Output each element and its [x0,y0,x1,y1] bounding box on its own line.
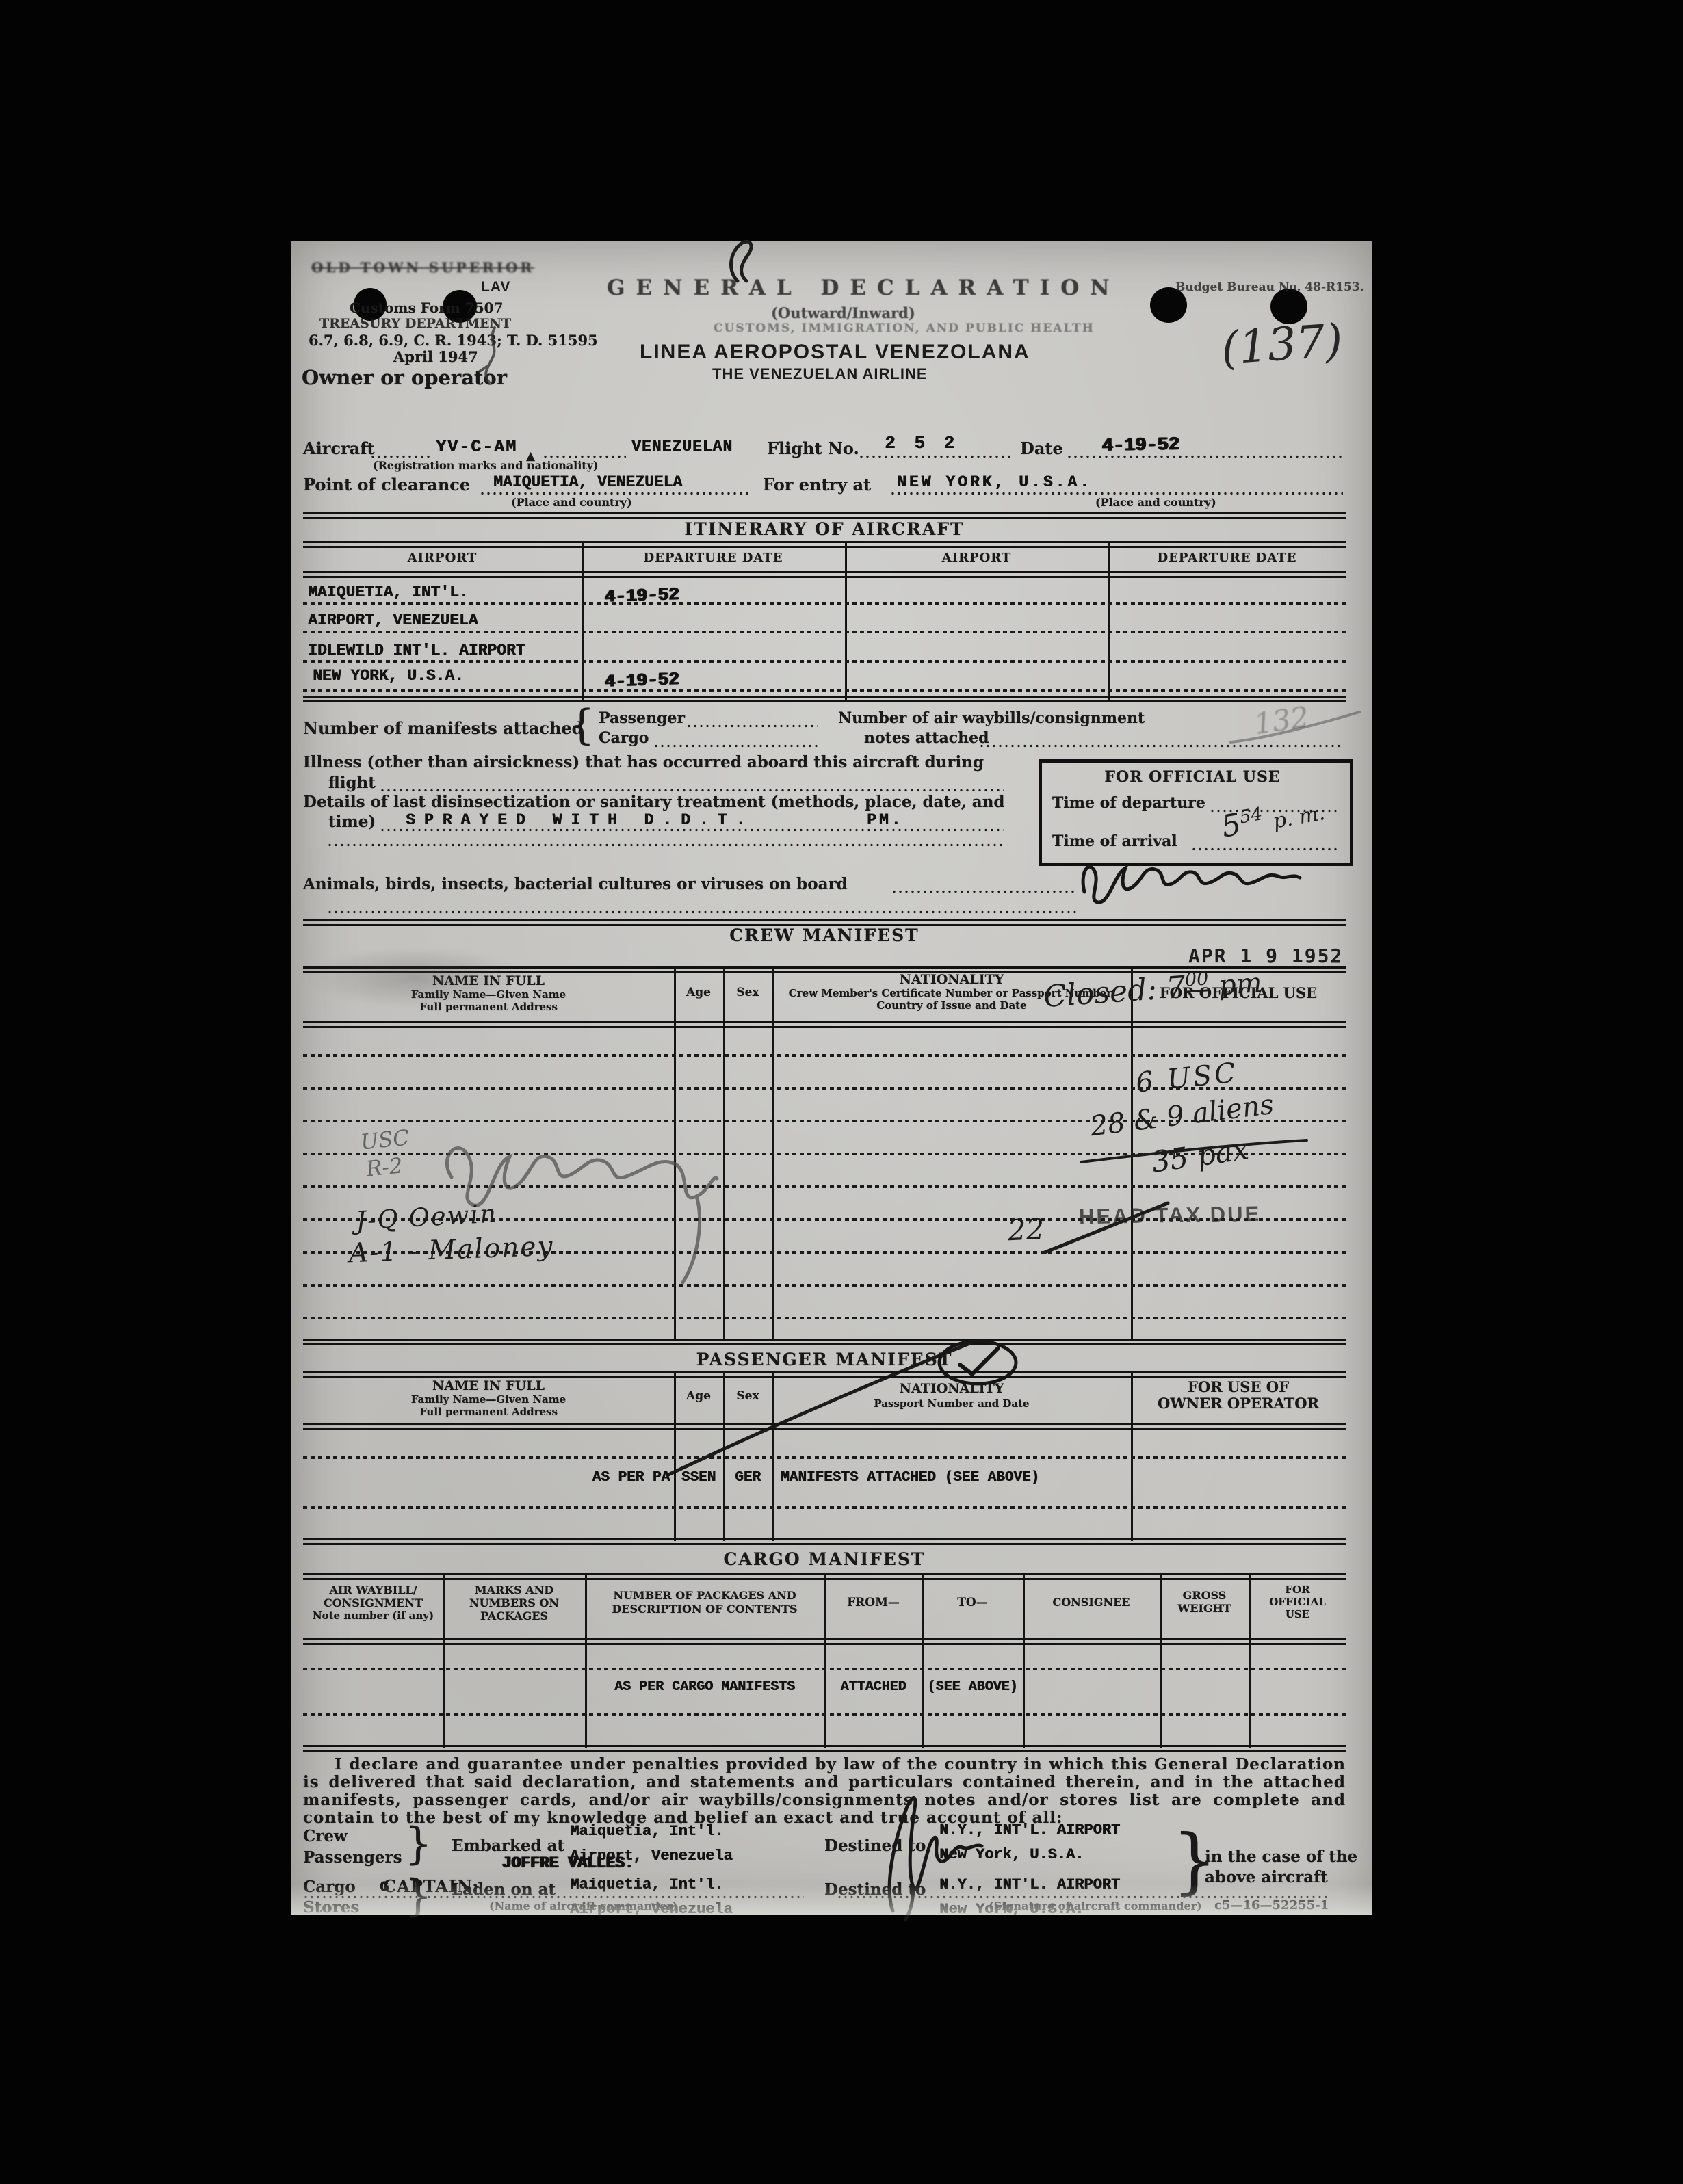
r2-scribble: R-2 [365,1153,404,1181]
cargo-col-from: FROM— [824,1596,922,1609]
rule [303,1371,1346,1378]
crew-col-sex: Sex [723,986,772,999]
leader-dots [481,492,748,495]
table-line [845,541,847,701]
itinerary-col-date-1: DEPARTURE DATE [582,551,845,565]
row-line [303,660,1346,663]
leader-dots [891,492,1343,495]
passenger-col-official-1: FOR USE OF [1131,1378,1346,1395]
treatment-line-1: Details of last disinsectization or sani… [303,793,1005,811]
clearance-caption: (Place and country) [511,496,632,509]
row-line [303,1713,1346,1716]
rule [303,696,1346,702]
form-number-line: Customs Form 7507 [350,300,503,316]
passenger-row-nationality: MANIFESTS ATTACHED (SEE ABOVE) [781,1470,1039,1486]
cargo-col-weight-2: WEIGHT [1160,1602,1249,1615]
row-line [303,631,1346,633]
leader-dots [371,455,432,458]
crew-col-age: Age [674,986,723,999]
aliens-count-note: 28 & 9 aliens [1088,1089,1275,1143]
cargo-col-weight-1: GROSS [1160,1589,1249,1602]
rule [303,541,1346,548]
passenger-col-name-sub2: Full permanent Address [303,1406,674,1418]
cargo-col-packages-2: DESCRIPTION OF CONTENTS [585,1603,824,1616]
waybills-label-1: Number of air waybills/consignment [838,709,1145,727]
flight-label: Flight No. [767,438,859,458]
regulation-line: 6.7, 6.8, 6.9, C. R. 1943; T. D. 51595 [309,332,598,349]
arrival-minutes: 54 [1238,804,1264,828]
cargo-row-from: ATTACHED [824,1679,922,1695]
treatment-value: SPRAYED WITH D.D.T. [406,811,754,829]
cargo-col-official-3: USE [1249,1608,1346,1620]
scanned-page: OLD TOWN SUPERIOR LAV Customs Form 7507 … [0,0,1683,2184]
passenger-row-sex: GER [723,1470,772,1486]
clearance-label: Point of clearance [303,475,470,495]
cargo-count-label: Cargo [599,729,649,747]
brace: { [569,701,595,749]
rule [303,1021,1346,1028]
row-line [303,1506,1346,1509]
passenger-col-official-2: OWNER OPERATOR [1131,1395,1346,1412]
rule [303,512,1346,519]
rule [303,1538,1346,1545]
date-value: 4-19-52 [1101,435,1179,457]
cargo-col-marks-2: NUMBERS ON [443,1596,585,1609]
cargo-col-waybill-2: CONSIGNMENT [303,1596,443,1609]
pencil-mark [475,324,523,385]
table-line [1108,541,1110,701]
itinerary-date-2: 4-19-52 [604,669,679,692]
passenger-col-nationality: NATIONALITY [772,1381,1131,1396]
passenger-count-label: Passenger [599,709,685,727]
declaration-text: I declare and guarantee under penalties … [303,1756,1346,1827]
usc-count-note: 6 USC [1134,1057,1240,1098]
nationality-value: VENEZUELAN [631,438,733,456]
passenger-col-sex: Sex [723,1389,772,1403]
flight-value: 2 5 2 [885,433,958,453]
aircraft-label: Aircraft [303,438,375,458]
passenger-manifest-title: PASSENGER MANIFEST [303,1350,1346,1369]
leader-dots [328,910,1078,914]
airline-name: LINEA AEROPOSTAL VENEZOLANA [640,341,1030,364]
row-line [303,689,1346,692]
cargo-col-consignee: CONSIGNEE [1023,1596,1160,1609]
entry-label: For entry at [763,475,871,495]
passenger-col-age: Age [674,1389,723,1403]
captain-name: JOFFRE VALLES. [501,1854,634,1872]
passenger-row-name: AS PER PA [552,1470,670,1486]
registration-caption: (Registration marks and nationality) [373,459,599,472]
official-box-title: FOR OFFICIAL USE [1039,768,1346,786]
cargo-row-to: (SEE ABOVE) [922,1679,1023,1695]
cargo-col-marks-3: PACKAGES [443,1609,585,1622]
cargo-col-official-1: FOR [1249,1583,1346,1596]
leader-dots [860,455,1010,458]
cargo-row-description: AS PER CARGO MANIFESTS [585,1679,824,1695]
closed-note-suffix: pm [1217,967,1263,1001]
animals-label: Animals, birds, insects, bacterial cultu… [303,875,848,893]
crew-label: Crew [303,1827,348,1845]
paper-edge-glare [291,1884,1372,1915]
itinerary-col-airport-1: AIRPORT [303,551,582,565]
row-line [303,1054,1346,1057]
row-line [303,602,1346,605]
cargo-col-official-2: OFFICIAL [1249,1596,1346,1608]
itinerary-title: ITINERARY OF AIRCRAFT [303,519,1346,539]
entry-caption: (Place and country) [1095,496,1216,509]
itinerary-airport-1a: MAIQUETIA, INT'L. [308,583,469,601]
leader-dots [328,843,1004,847]
uscode-scribble: USC [359,1125,410,1155]
entry-value: NEW YORK, U.S.A. [897,473,1092,491]
crew-manifest-title: CREW MANIFEST [303,925,1346,945]
departure-time-label: Time of departure [1052,794,1205,812]
row-line [303,1317,1346,1319]
brace: } [404,1819,432,1869]
date-label: Date [1020,438,1063,458]
itinerary-date-1: 4-19-52 [604,584,679,607]
table-line [582,541,584,701]
cargo-col-to: TO— [922,1596,1023,1609]
cargo-col-marks-1: MARKS AND [443,1583,585,1596]
embarked-label: Embarked at [452,1837,564,1855]
passengers-label: Passengers [303,1848,402,1867]
form-revision-date: April 1947 [393,348,478,365]
budget-bureau-line: Budget Bureau No. 48-R153. [1175,280,1364,294]
itinerary-col-airport-2: AIRPORT [845,551,1108,565]
illness-line-1: Illness (other than airsickness) that ha… [303,753,984,772]
leader-dots [544,455,626,458]
illness-line-2: flight [328,774,376,792]
leader-dots [381,789,1004,792]
case-note-2: above aircraft [1205,1868,1328,1886]
itinerary-airport-1b: AIRPORT, VENEZUELA [308,611,478,629]
scribble-sweep [1227,708,1364,750]
leader-dots [688,724,818,728]
document-title: GENERAL DECLARATION [607,276,1121,300]
date-received-stamp: APR 1 9 1952 [1188,945,1343,967]
treatment-time-value: PM. [867,811,903,829]
eraser-smudge [306,947,525,1008]
treatment-time-label: time) [328,813,376,831]
document-paper: OLD TOWN SUPERIOR LAV Customs Form 7507 … [291,241,1372,1915]
lav-mark: LAV [481,279,510,295]
cargo-col-packages-1: NUMBER OF PACKAGES AND [585,1589,824,1602]
airline-subtitle: THE VENEZUELAN AIRLINE [712,365,928,383]
row-line [303,1456,1346,1459]
itinerary-airport-2b: NEW YORK, U.S.A. [313,667,464,685]
cargo-manifest-title: CARGO MANIFEST [303,1549,1346,1569]
rule [303,1745,1346,1752]
itinerary-col-date-2: DEPARTURE DATE [1108,551,1346,565]
rule [303,1423,1346,1430]
leader-dots [893,890,1078,893]
row-line [303,1668,1346,1670]
officer-signature [1074,841,1307,912]
page-number-note: (137) [1220,314,1344,375]
manifests-label: Number of manifests attached [303,718,583,738]
passenger-col-name-sub1: Family Name—Given Name [303,1393,674,1406]
itinerary-airport-2a: IDLEWILD INT'L. AIRPORT [308,642,525,659]
document-subtitle: (Outward/Inward) [771,304,915,321]
leader-dots [655,744,818,748]
passenger-row-age: SSEN [674,1470,723,1486]
waybills-label-2: notes attached [864,729,989,747]
case-note-1: in the case of the [1205,1847,1357,1866]
passenger-col-nationality-sub: Passport Number and Date [772,1397,1131,1410]
aircraft-value: YV-C-AM [436,437,517,457]
rule [303,571,1346,578]
circled-checkmark [932,1337,1023,1388]
agencies-line: CUSTOMS, IMMIGRATION, AND PUBLIC HEALTH [714,321,1095,335]
cargo-col-waybill-1: AIR WAYBILL/ [303,1583,443,1596]
head-tax-stamp: HEAD TAX DUE [1079,1202,1262,1230]
rule [303,1638,1346,1645]
closed-note-minutes: 00 [1184,969,1210,993]
cargo-col-waybill-3: Note number (if any) [303,1609,443,1622]
ink-squiggle [707,239,768,284]
clearance-value: MAIQUETIA, VENEZUELA [493,473,682,491]
passenger-col-name: NAME IN FULL [303,1378,674,1393]
embarked-value-1: Maiquetia, Int'l. [570,1823,723,1840]
struck-header-text: OLD TOWN SUPERIOR [311,259,534,276]
